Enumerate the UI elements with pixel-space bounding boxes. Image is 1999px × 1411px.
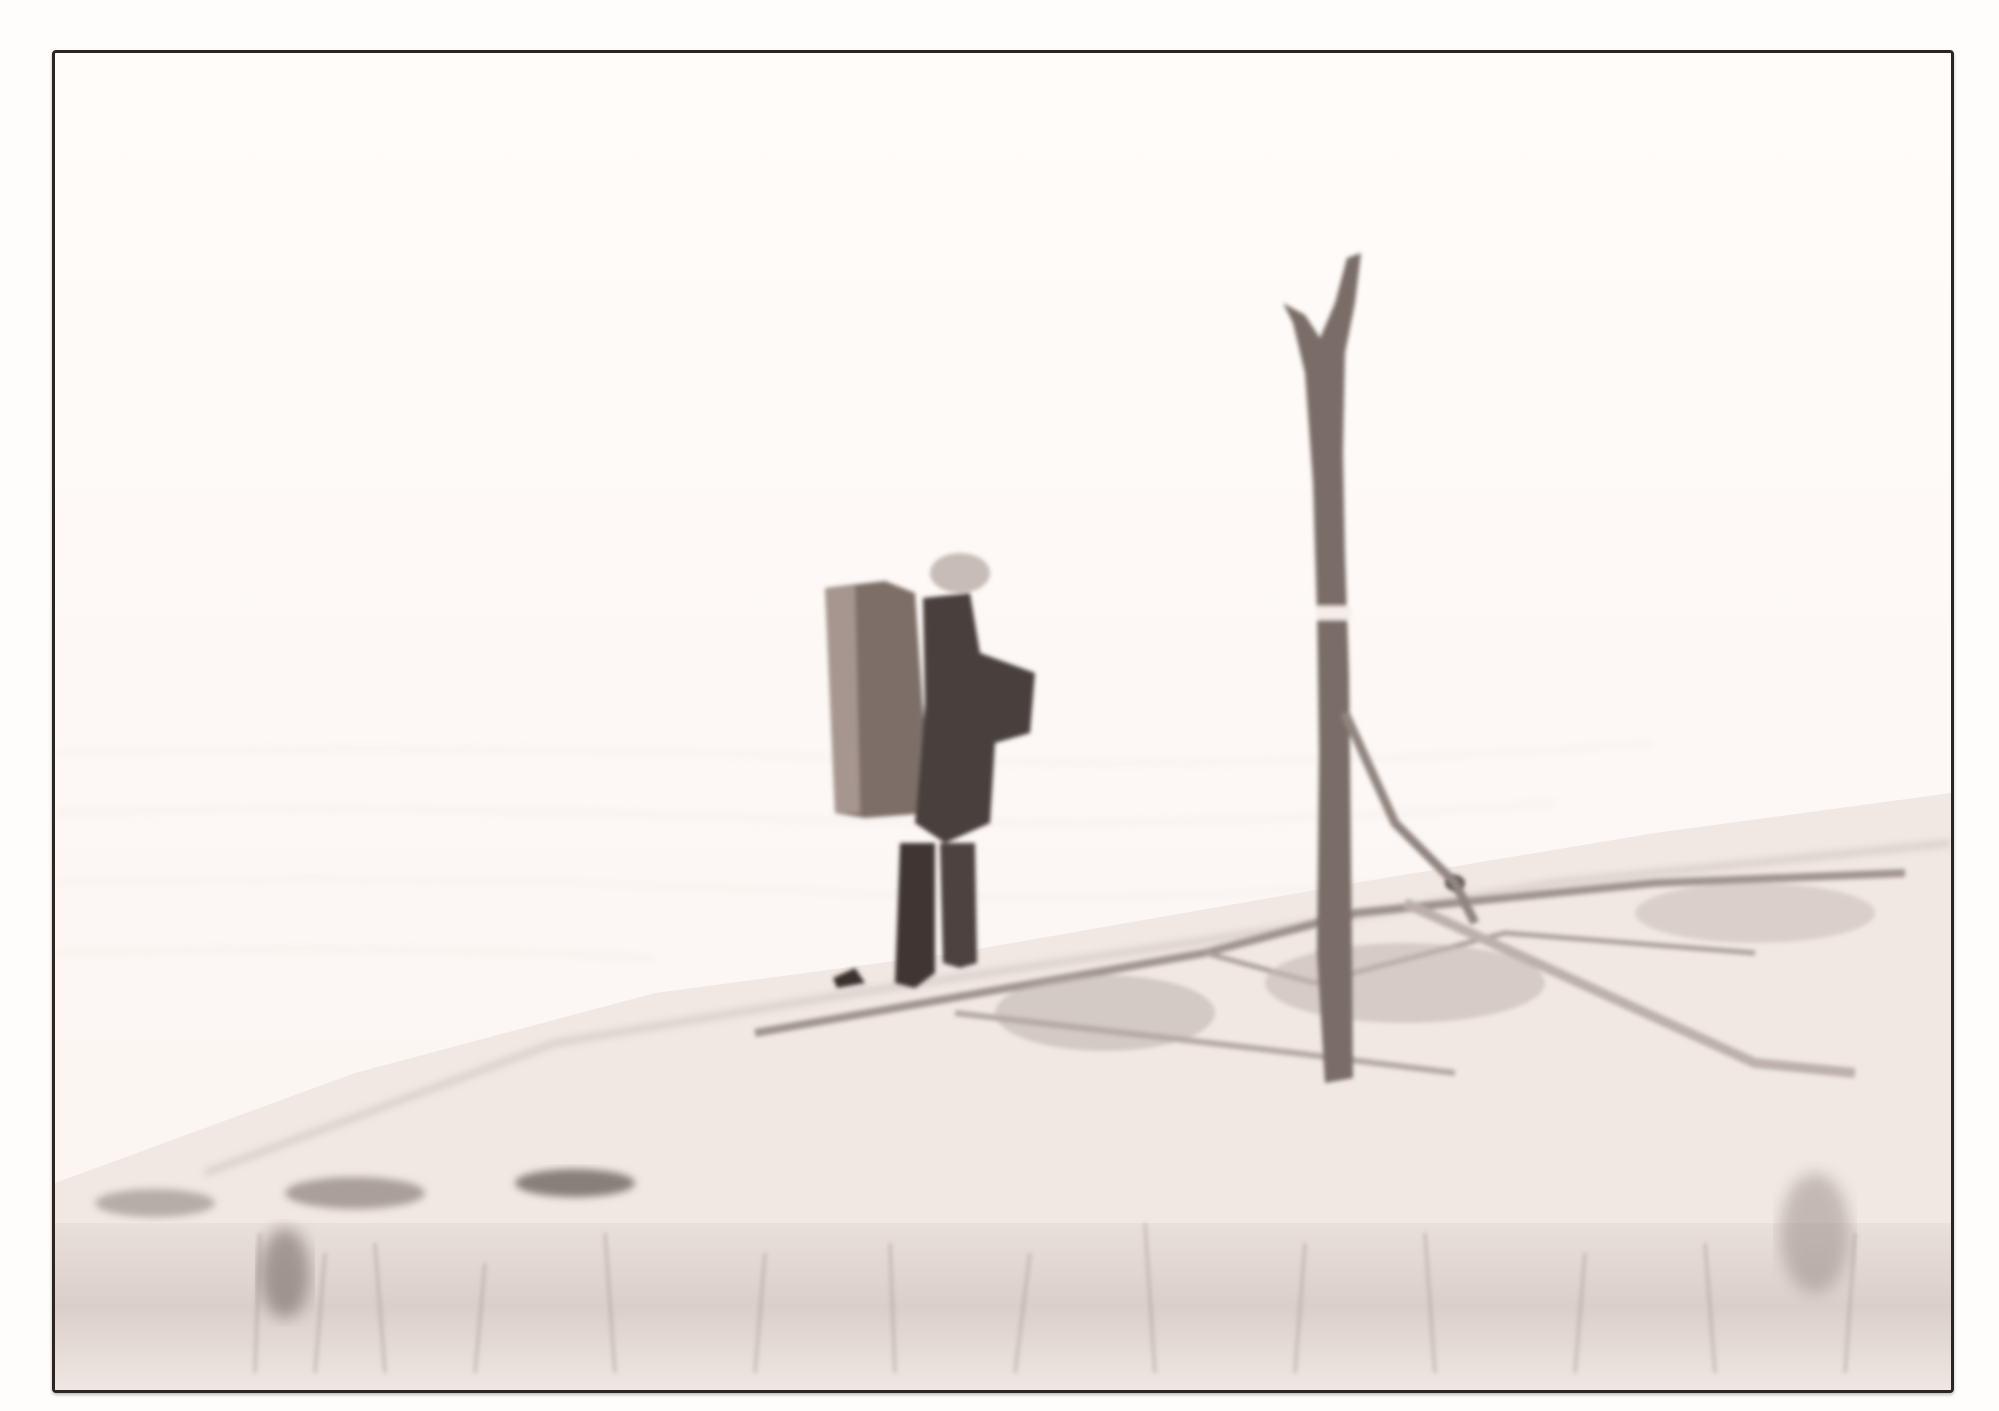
photograph: A lone figure carrying a tall wooden boa… — [52, 50, 1954, 1393]
grass — [55, 1223, 1951, 1390]
photo-scene — [55, 53, 1951, 1390]
